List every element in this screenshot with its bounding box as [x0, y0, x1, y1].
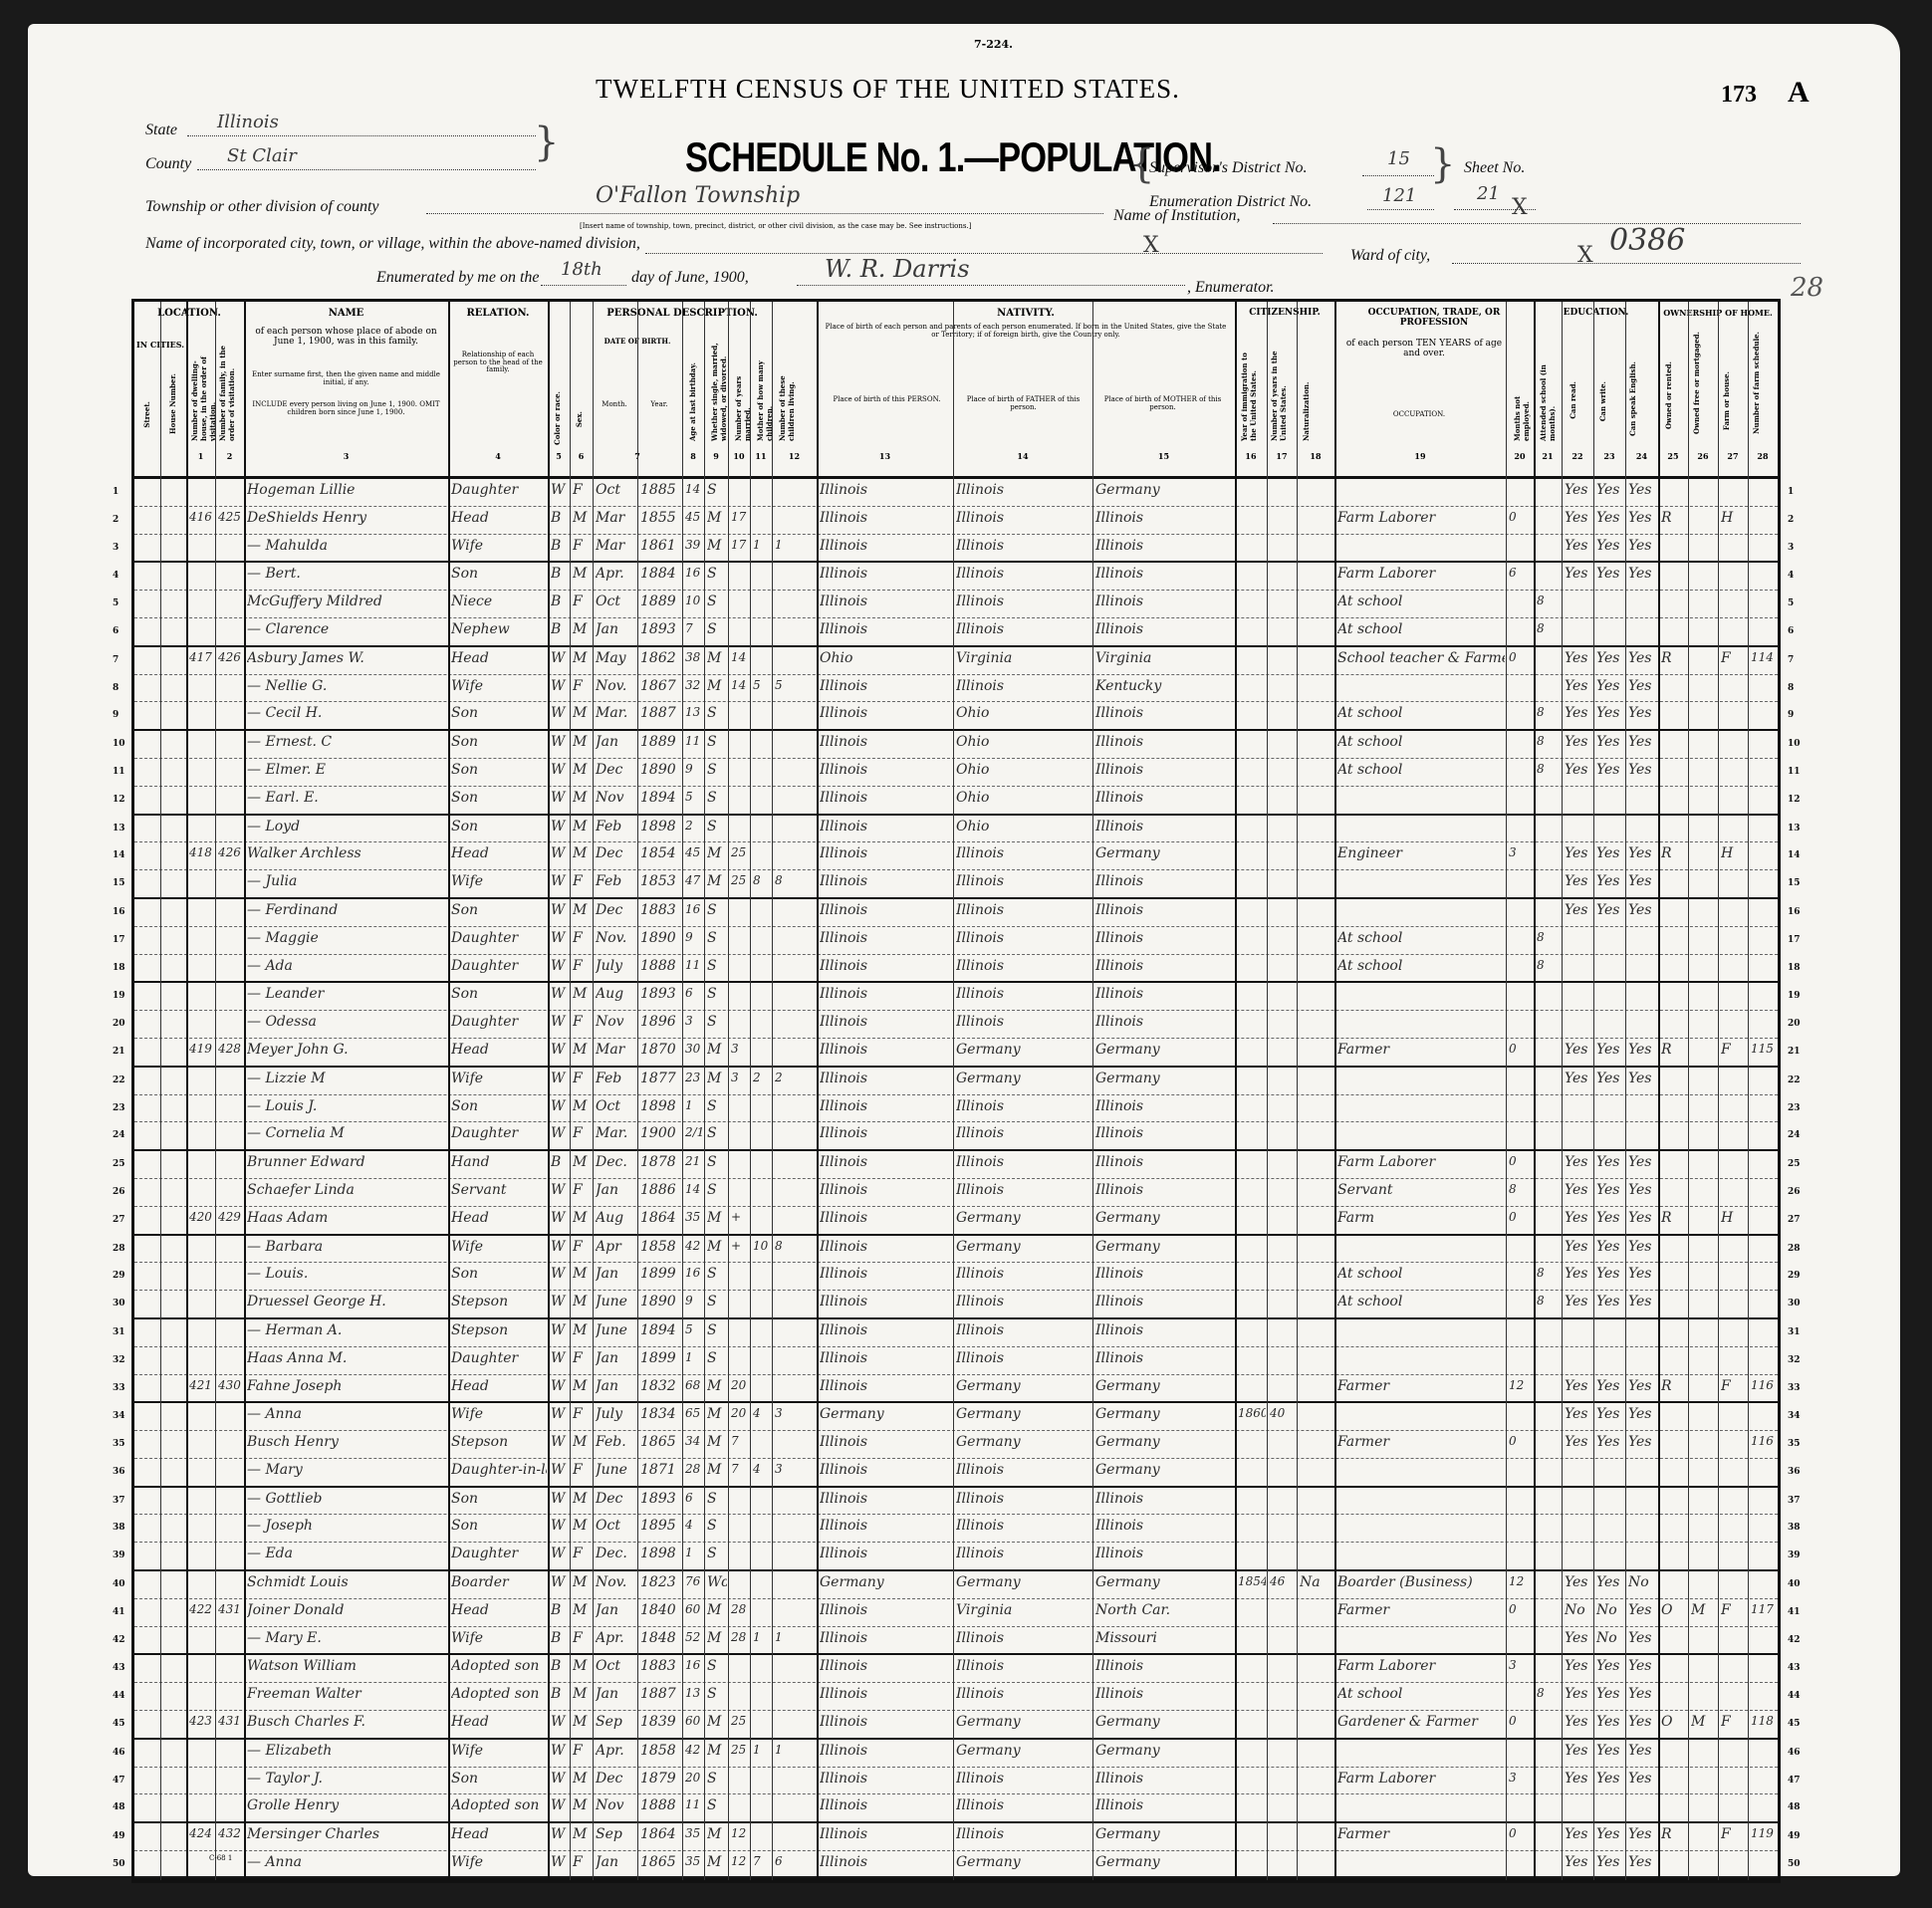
cell-year: 1848 [640, 1630, 681, 1646]
line-number-right: 31 [1788, 1327, 1801, 1337]
cell-unemp: 8 [1509, 1182, 1533, 1196]
line-number-right: 46 [1788, 1748, 1801, 1758]
cell-year: 1871 [640, 1462, 681, 1478]
cell-unemp: 0 [1509, 1602, 1533, 1616]
cell-mar: S [707, 1014, 727, 1030]
cell-rel: Daughter [451, 1350, 547, 1366]
cell-age: 5 [685, 790, 703, 804]
cell-bf: Illinois [956, 482, 1091, 498]
cell-sex: M [573, 1378, 592, 1394]
cell-fs: 116 [1751, 1434, 1777, 1448]
table-row: — FerdinandSonWMDec188316SIllinoisIllino… [134, 899, 1778, 927]
cell-sp: Yes [1628, 1378, 1657, 1394]
column-number: 5 [548, 451, 570, 461]
cell-color: W [551, 1546, 569, 1561]
cell-wr: Yes [1596, 1154, 1624, 1170]
cell-fs: 116 [1751, 1378, 1777, 1392]
cell-bm: Illinois [1095, 538, 1234, 554]
table-row: Hogeman LillieDaughterWFOct188514SIllino… [134, 479, 1778, 507]
cell-rd: Yes [1565, 1658, 1592, 1674]
cell-rel: Head [451, 1826, 547, 1842]
cell-rel: Son [451, 566, 547, 582]
table-row: 422431Joiner DonaldHeadBMJan184060M28Ill… [134, 1599, 1778, 1627]
cell-fh: H [1721, 510, 1747, 526]
cell-fam: 430 [218, 1378, 243, 1392]
cell-rd: Yes [1565, 1266, 1592, 1282]
cell-color: W [551, 482, 569, 498]
cell-name: — Julia [247, 873, 447, 889]
group-citizenship: CITIZENSHIP. [1235, 308, 1334, 318]
cell-sp: Yes [1628, 1686, 1657, 1702]
cell-bm: Illinois [1095, 1322, 1234, 1338]
line-number-right: 15 [1788, 878, 1801, 888]
cell-rel: Stepson [451, 1434, 547, 1450]
cell-unemp: 3 [1509, 1658, 1533, 1672]
cell-bp: Illinois [820, 1182, 952, 1198]
cell-sp: Yes [1628, 1294, 1657, 1310]
cell-color: W [551, 819, 569, 835]
cell-fam: 429 [218, 1210, 243, 1224]
cell-bf: Illinois [956, 1462, 1091, 1478]
cell-ym: 12 [731, 1826, 749, 1840]
table-row: — Bert.SonBMApr.188416SIllinoisIllinoisI… [134, 563, 1778, 591]
cell-mar: S [707, 1771, 727, 1787]
cell-bm: Germany [1095, 1854, 1234, 1870]
cell-occ: Gardener & Farmer [1337, 1714, 1505, 1730]
header-months-unemployed: Months not employed. [1513, 361, 1531, 441]
cell-bp: Illinois [820, 1518, 952, 1534]
cell-color: W [551, 1714, 569, 1730]
cell-rel: Boarder [451, 1574, 547, 1590]
cell-ym: 17 [731, 510, 749, 524]
cell-age: 13 [685, 1686, 703, 1700]
line-number-right: 48 [1788, 1802, 1801, 1812]
cell-bp: Illinois [820, 1602, 952, 1618]
cell-wr: Yes [1596, 510, 1624, 526]
cell-bm: Illinois [1095, 1518, 1234, 1534]
cell-sex: F [573, 930, 592, 946]
line-number-right: 19 [1788, 991, 1801, 1001]
column-divider [1593, 302, 1594, 1880]
cell-month: Jan [596, 1602, 636, 1618]
cell-rel: Wife [451, 1406, 547, 1422]
cell-color: W [551, 1239, 569, 1255]
cell-year: 1893 [640, 621, 681, 637]
column-divider [817, 302, 819, 1880]
cell-occ: At school [1337, 734, 1505, 750]
cell-color: W [551, 1434, 569, 1450]
cell-year: 1895 [640, 1518, 681, 1534]
cell-age: 76 [685, 1574, 703, 1588]
cell-age: 65 [685, 1406, 703, 1420]
cell-color: W [551, 1378, 569, 1394]
cell-rd: Yes [1565, 705, 1592, 721]
cell-sp: Yes [1628, 1771, 1657, 1787]
cell-rel: Daughter [451, 1125, 547, 1141]
cell-name: Haas Anna M. [247, 1350, 447, 1366]
cell-month: Aug [596, 1210, 636, 1226]
enumeration-value: 121 [1382, 185, 1416, 206]
table-row: — ClarenceNephewBMJan18937SIllinoisIllin… [134, 618, 1778, 647]
cell-sex: M [573, 1266, 592, 1282]
cell-occ: Farm [1337, 1210, 1505, 1226]
cell-bm: Germany [1095, 1071, 1234, 1086]
cell-mar: S [707, 621, 727, 637]
cell-mo: 7 [753, 1854, 771, 1868]
header-immigration: Year of immigration to the United States… [1240, 342, 1258, 441]
table-row: 423431Busch Charles F.HeadWMSep183960M25… [134, 1711, 1778, 1740]
cell-bm: Illinois [1095, 958, 1234, 974]
cell-sp: Yes [1628, 1602, 1657, 1618]
line-number-right: 2 [1788, 515, 1794, 525]
cell-month: Jan [596, 621, 636, 637]
cell-year: 1854 [640, 845, 681, 861]
cell-sex: M [573, 1714, 592, 1730]
cell-bm: Germany [1095, 1462, 1234, 1478]
cell-unemp: 6 [1509, 566, 1533, 580]
cell-bm: Germany [1095, 1378, 1234, 1394]
cell-year: 1887 [640, 705, 681, 721]
cell-bp: Illinois [820, 1239, 952, 1255]
header-owned-rented: Owned or rented. [1664, 361, 1673, 429]
cell-occ: Boarder (Business) [1337, 1574, 1505, 1590]
cell-dw: 419 [189, 1042, 214, 1056]
cell-occ: Engineer [1337, 845, 1505, 861]
corner-annotation: 28 [1791, 273, 1823, 303]
cell-name: — Louis. [247, 1266, 447, 1282]
cell-wr: Yes [1596, 678, 1624, 694]
cell-age: 60 [685, 1714, 703, 1728]
cell-wr: Yes [1596, 1294, 1624, 1310]
cell-sp: Yes [1628, 1071, 1657, 1086]
cell-bp: Illinois [820, 1546, 952, 1561]
cell-mar: M [707, 650, 727, 666]
header-house: House Number. [168, 373, 177, 434]
cell-bf: Illinois [956, 1182, 1091, 1198]
cell-rel: Head [451, 650, 547, 666]
cell-sp: Yes [1628, 1743, 1657, 1759]
cell-year: 1899 [640, 1266, 681, 1282]
line-number-left: 35 [113, 1439, 125, 1449]
cell-sp: Yes [1628, 1182, 1657, 1198]
name-include: INCLUDE every person living on June 1, 1… [249, 401, 443, 416]
cell-name: Fahne Joseph [247, 1378, 447, 1394]
cell-cl: 3 [775, 1462, 816, 1476]
cell-name: Druessel George H. [247, 1294, 447, 1310]
line-number-left: 17 [113, 935, 125, 945]
cell-name: Meyer John G. [247, 1042, 447, 1058]
cell-mar: S [707, 1546, 727, 1561]
cell-sex: M [573, 1042, 592, 1058]
cell-bm: Illinois [1095, 1350, 1234, 1366]
cell-bp: Illinois [820, 1686, 952, 1702]
page-letter: A [1788, 76, 1810, 110]
line-number-left: 27 [113, 1215, 125, 1225]
cell-bp: Illinois [820, 1071, 952, 1086]
column-number: 11 [750, 451, 772, 461]
line-number-right: 9 [1788, 710, 1794, 720]
cell-sex: M [573, 566, 592, 582]
cell-bf: Illinois [956, 930, 1091, 946]
cell-cl: 8 [775, 873, 816, 887]
cell-mar: M [707, 1406, 727, 1422]
cell-cl: 3 [775, 1406, 816, 1420]
cell-dw: 424 [189, 1826, 214, 1840]
cell-bp: Illinois [820, 1854, 952, 1870]
cell-unemp: 0 [1509, 1042, 1533, 1056]
cell-name: — Taylor J. [247, 1771, 447, 1787]
cell-mo: 5 [753, 678, 771, 692]
cell-sch: 8 [1537, 594, 1561, 607]
table-row: Schaefer LindaServantWFJan188614SIllinoi… [134, 1179, 1778, 1207]
cell-month: Jan [596, 1350, 636, 1366]
cell-bf: Illinois [956, 594, 1091, 609]
cell-sex: M [573, 734, 592, 750]
cell-age: 6 [685, 1491, 703, 1505]
cell-sex: M [573, 762, 592, 778]
cell-rel: Wife [451, 1743, 547, 1759]
cell-rd: Yes [1565, 1743, 1592, 1759]
cell-bp: Illinois [820, 930, 952, 946]
cell-rd: Yes [1565, 678, 1592, 694]
table-row: Busch HenryStepsonWMFeb.186534M7Illinois… [134, 1431, 1778, 1459]
cell-sp: Yes [1628, 705, 1657, 721]
cell-bf: Illinois [956, 1154, 1091, 1170]
cell-name: Joiner Donald [247, 1602, 447, 1618]
cell-age: 7 [685, 621, 703, 635]
table-row: — AnnaWifeWFJuly183465M2043GermanyGerman… [134, 1403, 1778, 1431]
cell-year: 1886 [640, 1182, 681, 1198]
line-number-left: 16 [113, 907, 125, 917]
cell-ym: 3 [731, 1042, 749, 1056]
line-number-right: 21 [1788, 1047, 1801, 1057]
cell-mar: S [707, 1518, 727, 1534]
cell-year: 1899 [640, 1350, 681, 1366]
cell-rd: Yes [1565, 510, 1592, 526]
table-row: — AdaDaughterWFJuly188811SIllinoisIllino… [134, 955, 1778, 984]
cell-month: Feb [596, 819, 636, 835]
cell-mar: M [707, 510, 727, 526]
cell-bf: Illinois [956, 621, 1091, 637]
cell-color: W [551, 1797, 569, 1813]
cell-bp: Illinois [820, 621, 952, 637]
line-number-left: 10 [113, 739, 125, 749]
column-divider [448, 302, 450, 1880]
cell-sex: F [573, 678, 592, 694]
cell-fs: 114 [1751, 650, 1777, 664]
line-number-left: 9 [113, 710, 119, 720]
table-row: 420429Haas AdamHeadWMAug186435M+Illinois… [134, 1207, 1778, 1236]
line-number-right: 43 [1788, 1663, 1801, 1673]
cell-bm: Germany [1095, 1406, 1234, 1422]
cell-age: 45 [685, 510, 703, 524]
cell-unemp: 0 [1509, 1154, 1533, 1168]
cell-color: W [551, 930, 569, 946]
cell-color: W [551, 1322, 569, 1338]
cell-name: Schaefer Linda [247, 1182, 447, 1198]
column-divider [704, 302, 705, 1880]
cell-sp: Yes [1628, 1854, 1657, 1870]
footer-code: C-68 1 [209, 1854, 232, 1862]
cell-bm: Germany [1095, 1042, 1234, 1058]
cell-occ: Farm Laborer [1337, 1154, 1505, 1170]
cell-color: W [551, 1406, 569, 1422]
cell-year: 1840 [640, 1602, 681, 1618]
table-row: — JosephSonWMOct18954SIllinoisIllinoisIl… [134, 1515, 1778, 1543]
cell-cl: 2 [775, 1071, 816, 1084]
cell-dw: 420 [189, 1210, 214, 1224]
column-number: 23 [1593, 451, 1625, 461]
cell-bm: Illinois [1095, 1014, 1234, 1030]
cell-bp: Ohio [820, 650, 952, 666]
cell-rel: Son [451, 705, 547, 721]
table-row: — AnnaWifeWFJan186535M1276IllinoisGerman… [134, 1851, 1778, 1880]
cell-age: 16 [685, 1658, 703, 1672]
column-number: 4 [448, 451, 548, 461]
cell-bm: Illinois [1095, 1294, 1234, 1310]
column-number: 17 [1267, 451, 1297, 461]
cell-sch: 8 [1537, 734, 1561, 748]
cell-sex: F [573, 873, 592, 889]
cell-bp: Illinois [820, 873, 952, 889]
cell-month: Jan [596, 1266, 636, 1282]
cell-bp: Illinois [820, 1210, 952, 1226]
cell-sp: Yes [1628, 845, 1657, 861]
cell-year: 1890 [640, 762, 681, 778]
cell-dw: 418 [189, 845, 214, 859]
cell-month: Dec [596, 902, 636, 918]
header-family: Number of family, in the order of visita… [218, 342, 236, 441]
cell-occ: At school [1337, 1266, 1505, 1282]
cell-month: Dec. [596, 1546, 636, 1561]
line-number-left: 41 [113, 1607, 125, 1617]
cell-cl: 6 [775, 1854, 816, 1868]
cell-color: W [551, 1350, 569, 1366]
column-number: 15 [1092, 451, 1235, 461]
cell-bf: Germany [956, 1210, 1091, 1226]
cell-bf: Germany [956, 1574, 1091, 1590]
table-row: Schmidt LouisBoarderWMNov.182376WdGerman… [134, 1571, 1778, 1599]
cell-month: Dec [596, 762, 636, 778]
cell-bm: Illinois [1095, 1658, 1234, 1674]
cell-mar: S [707, 1686, 727, 1702]
cell-rel: Daughter [451, 958, 547, 974]
cell-mar: S [707, 566, 727, 582]
cell-color: W [551, 1854, 569, 1870]
cell-name: Schmidt Louis [247, 1574, 447, 1590]
cell-sex: F [573, 1350, 592, 1366]
cell-name: Walker Archless [247, 845, 447, 861]
table-row: — Earl. E.SonWMNov18945SIllinoisOhioIlli… [134, 787, 1778, 816]
cell-month: May [596, 650, 636, 666]
group-location: LOCATION. [134, 308, 244, 319]
brace-icon: } [1430, 141, 1455, 187]
line-number-left: 31 [113, 1327, 125, 1337]
cell-sp: Yes [1628, 650, 1657, 666]
line-number-left: 21 [113, 1047, 125, 1057]
table-row: — MaggieDaughterWFNov.18909SIllinoisIlli… [134, 927, 1778, 955]
cell-bm: Illinois [1095, 902, 1234, 918]
cell-unemp: 0 [1509, 510, 1533, 524]
line-number-right: 22 [1788, 1075, 1801, 1085]
cell-rel: Servant [451, 1182, 547, 1198]
cell-year: 1894 [640, 1322, 681, 1338]
header-color: Color or race. [553, 391, 562, 445]
cell-unemp: 0 [1509, 1714, 1533, 1728]
cell-occ: Farm Laborer [1337, 566, 1505, 582]
line-number-left: 8 [113, 683, 119, 693]
line-number-right: 28 [1788, 1244, 1801, 1254]
cell-unemp: 3 [1509, 845, 1533, 859]
cell-age: 47 [685, 873, 703, 887]
cell-rel: Daughter [451, 1014, 547, 1030]
month-header: Month. [593, 401, 636, 409]
cell-rel: Head [451, 1714, 547, 1730]
cell-wr: Yes [1596, 1042, 1624, 1058]
cell-rd: No [1565, 1602, 1592, 1618]
cell-sex: F [573, 482, 592, 498]
cell-color: B [551, 621, 569, 637]
cell-age: 45 [685, 845, 703, 859]
cell-mar: M [707, 1210, 727, 1226]
cell-ym: 7 [731, 1462, 749, 1476]
cell-rel: Son [451, 762, 547, 778]
cell-mar: S [707, 819, 727, 835]
cell-color: W [551, 902, 569, 918]
cell-sex: F [573, 1546, 592, 1561]
cell-color: B [551, 566, 569, 582]
cell-age: 1 [685, 1546, 703, 1559]
cell-year: 1823 [640, 1574, 681, 1590]
cell-fh: F [1721, 650, 1747, 666]
cell-bf: Germany [956, 1854, 1091, 1870]
table-row: — MaryDaughter-in-lawWFJune187128M743Ill… [134, 1459, 1778, 1488]
cell-month: Apr [596, 1239, 636, 1255]
line-number-left: 15 [113, 878, 125, 888]
line-number-right: 47 [1788, 1776, 1801, 1786]
cell-sp: Yes [1628, 762, 1657, 778]
sheet-label: Sheet No. [1464, 159, 1525, 177]
column-divider [215, 302, 216, 1880]
cell-month: Apr. [596, 1630, 636, 1646]
column-number: 12 [772, 451, 817, 461]
cell-bm: Illinois [1095, 705, 1234, 721]
cell-bm: Germany [1095, 482, 1234, 498]
cell-bf: Illinois [956, 958, 1091, 974]
line-number-left: 5 [113, 598, 119, 608]
line-number-right: 16 [1788, 907, 1801, 917]
cell-bp: Illinois [820, 1350, 952, 1366]
column-divider [1748, 302, 1749, 1880]
page-number: 173 [1721, 82, 1757, 109]
cell-color: W [551, 762, 569, 778]
cell-unemp: 0 [1509, 650, 1533, 664]
cell-rel: Head [451, 1378, 547, 1394]
township-note: [Insert name of township, town, precinct… [580, 222, 971, 230]
column-number: 18 [1297, 451, 1334, 461]
column-divider [593, 302, 594, 1880]
line-number-left: 24 [113, 1130, 125, 1140]
table-row: — LoydSonWMFeb18982SIllinoisOhioIllinois… [134, 816, 1778, 843]
cell-name: — Loyd [247, 819, 447, 835]
header-dwelling: Number of dwelling-house, in the order o… [190, 342, 217, 441]
cell-sex: M [573, 819, 592, 835]
cell-bm: Germany [1095, 1210, 1234, 1226]
cell-age: 9 [685, 930, 703, 944]
cell-wr: Yes [1596, 1826, 1624, 1842]
cell-fh: F [1721, 1602, 1747, 1618]
cell-year: 1893 [640, 1491, 681, 1507]
